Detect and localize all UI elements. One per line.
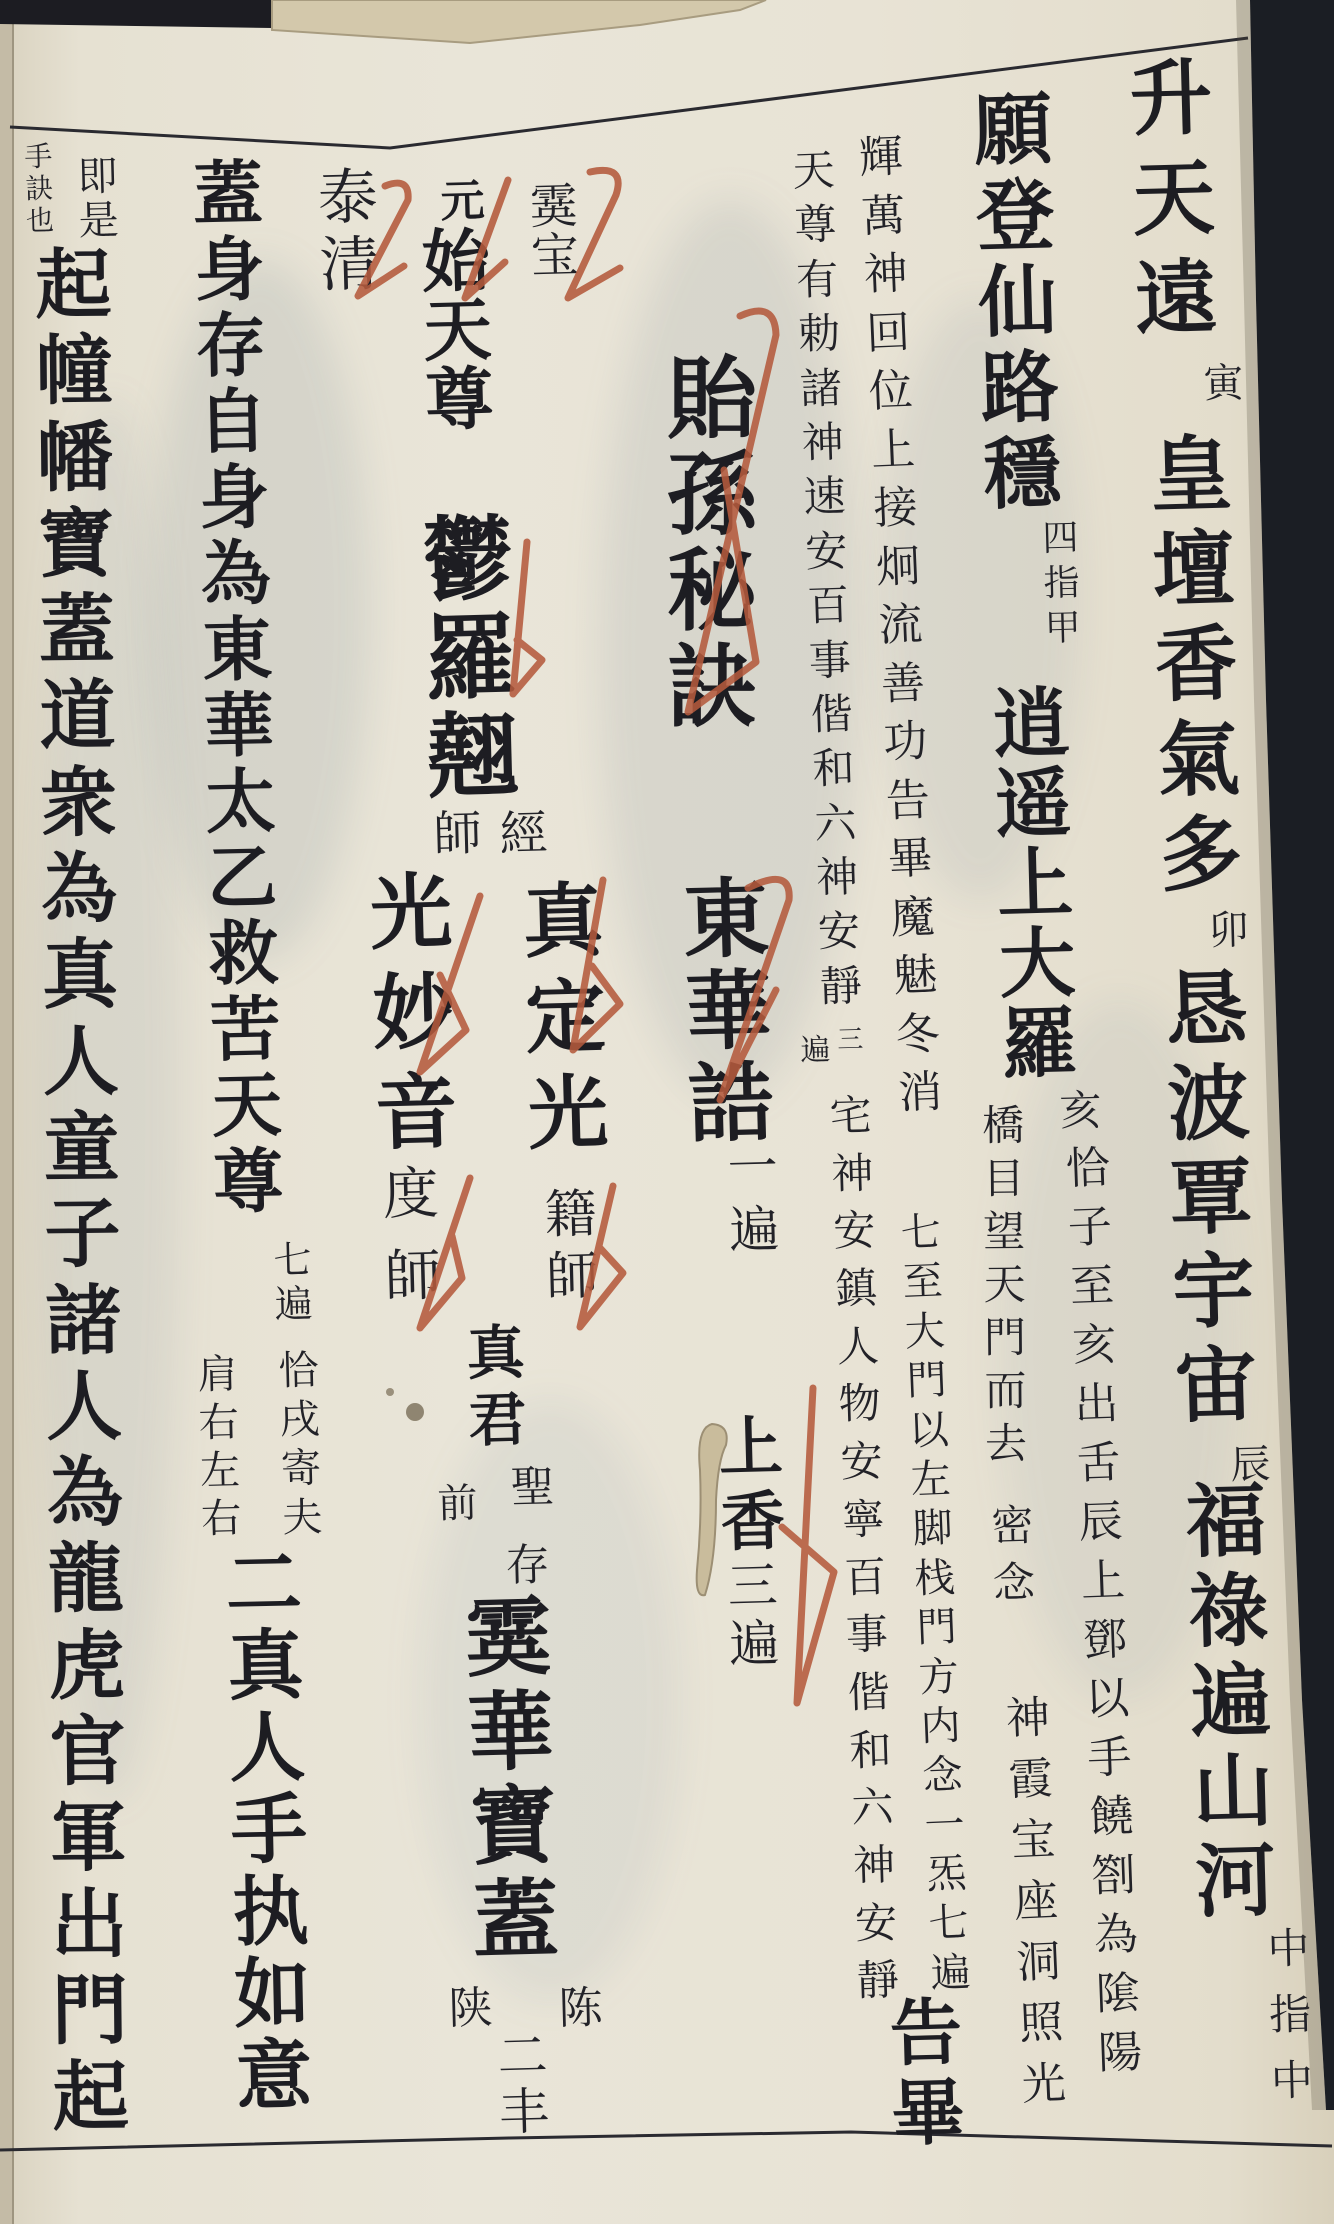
folded-paper-flap: [272, 0, 766, 43]
red-check-mark: [420, 896, 480, 1072]
background-fabric-top: [0, 0, 275, 28]
worm-hole: [386, 1388, 394, 1396]
background-fabric: [1250, 0, 1334, 2110]
red-check-mark: [688, 311, 776, 712]
worm-hole: [406, 1403, 424, 1421]
red-check-mark: [573, 880, 620, 1050]
page-overlay: [0, 0, 1334, 2224]
paper-tear-hole: [697, 1424, 727, 1595]
red-check-mark: [580, 1186, 623, 1327]
red-check-mark: [420, 1178, 470, 1328]
red-check-mark: [568, 170, 620, 298]
red-check-mark: [513, 542, 542, 694]
red-check-mark: [465, 180, 508, 298]
red-check-mark: [720, 879, 789, 1100]
manuscript-page: 升天遠 寅 皇壇香氣多 卯 恳波覃宇宙 辰 福祿遍山河 中指中 願登仙路穩 四指…: [0, 0, 1334, 2224]
red-check-mark: [782, 1388, 834, 1703]
red-check-mark: [358, 183, 408, 296]
